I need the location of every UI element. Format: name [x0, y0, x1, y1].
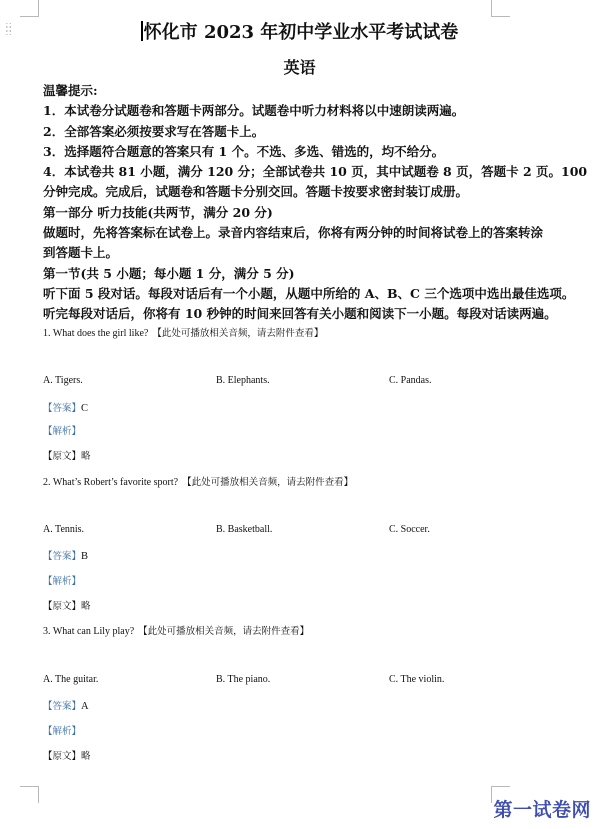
instruction-line: 分钟完成。完成后，试题卷和答题卡分别交回。答题卡按要求密封装订成册。: [43, 182, 563, 202]
option-b: B. Basketball.: [216, 524, 272, 535]
option-a: A. The guitar.: [43, 674, 98, 685]
option-a: A. Tennis.: [43, 524, 84, 535]
question-text: 2. What’s Robert’s favorite sport?【此处可播放…: [43, 474, 563, 488]
option-b: B. Elephants.: [216, 375, 270, 386]
instruction-line: 到答题卡上。: [43, 243, 563, 263]
answer-value: A: [81, 701, 89, 712]
document-title-text: 怀化市 2023 年初中学业水平考试试卷: [144, 22, 459, 43]
analysis-line: 【解析】: [43, 423, 81, 437]
question-1: 1. What does the girl like?【此处可播放相关音频，请去…: [43, 325, 563, 339]
instruction-line: 听完每段对话后，你将有 10 秒钟的时间来回答有关小题和阅读下一小题。每段对话读…: [43, 304, 563, 324]
original-line: 【原文】略: [43, 448, 91, 462]
question-3: 3. What can Lily play?【此处可播放相关音频，请去附件查看】…: [43, 623, 563, 637]
page-corner-top-right: [491, 0, 510, 17]
analysis-line: 【解析】: [43, 573, 81, 587]
section-heading: 第一部分 听力技能(共两节，满分 20 分): [43, 203, 563, 223]
question-text: 1. What does the girl like?【此处可播放相关音频，请去…: [43, 325, 563, 339]
option-a: A. Tigers.: [43, 375, 83, 386]
audio-note-link[interactable]: 【此处可播放相关音频，请去附件查看】: [138, 626, 309, 637]
answer-value: C: [81, 403, 88, 414]
answer-value: B: [81, 551, 88, 562]
answer-line: 【答案】B: [43, 548, 88, 562]
option-c: C. Pandas.: [389, 375, 432, 386]
option-c: C. The violin.: [389, 674, 444, 685]
question-2: 2. What’s Robert’s favorite sport?【此处可播放…: [43, 474, 563, 488]
answer-line: 【答案】A: [43, 698, 89, 712]
page-corner-bottom-left: [20, 786, 39, 803]
original-line: 【原文】略: [43, 598, 91, 612]
question-text: 3. What can Lily play?【此处可播放相关音频，请去附件查看】: [43, 623, 563, 637]
instruction-line: 3．选择题符合题意的答案只有 1 个。不选、多选、错选的，均不给分。: [43, 142, 563, 162]
page-corner-top-left: [20, 0, 39, 17]
instruction-line: 1．本试卷分试题卷和答题卡两部分。试题卷中听力材料将以中速朗读两遍。: [43, 101, 563, 121]
audio-note-link[interactable]: 【此处可播放相关音频，请去附件查看】: [182, 477, 353, 488]
text-cursor: [141, 21, 143, 41]
option-b: B. The piano.: [216, 674, 270, 685]
answer-line: 【答案】C: [43, 400, 88, 414]
instruction-line: 听下面 5 段对话。每段对话后有一个小题，从题中所给的 A、B、C 三个选项中选…: [43, 284, 563, 304]
option-c: C. Soccer.: [389, 524, 430, 535]
document-subject: 英语: [0, 55, 599, 78]
watermark-logo: 第一试卷网: [493, 795, 591, 822]
instructions-block: 温馨提示: 1．本试卷分试题卷和答题卡两部分。试题卷中听力材料将以中速朗读两遍。…: [43, 81, 563, 325]
audio-note-link[interactable]: 【此处可播放相关音频，请去附件查看】: [152, 328, 323, 339]
subsection-heading: 第一节(共 5 小题；每小题 1 分，满分 5 分): [43, 264, 563, 284]
analysis-line: 【解析】: [43, 723, 81, 737]
instructions-heading: 温馨提示:: [43, 81, 563, 101]
instruction-line: 4．本试卷共 81 小题，满分 120 分；全部试卷共 10 页，其中试题卷 8…: [43, 162, 563, 182]
original-line: 【原文】略: [43, 748, 91, 762]
document-title: 怀化市 2023 年初中学业水平考试试卷: [0, 18, 599, 44]
instruction-line: 2．全部答案必须按要求写在答题卡上。: [43, 122, 563, 142]
instruction-line: 做题时，先将答案标在试卷上。录音内容结束后，你将有两分钟的时间将试卷上的答案转涂: [43, 223, 563, 243]
